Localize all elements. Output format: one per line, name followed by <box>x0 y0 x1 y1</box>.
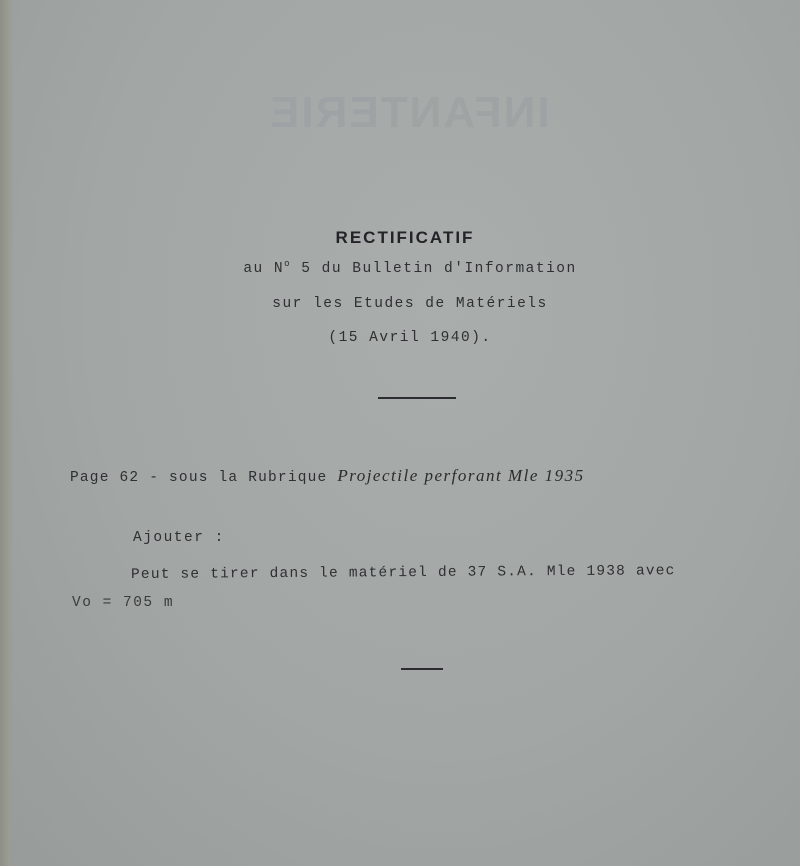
rubric-line: Page 62 - sous la Rubrique Projectile pe… <box>70 466 585 486</box>
rubric-title: Projectile perforant Mle 1935 <box>337 466 584 485</box>
instruction-label: Ajouter : <box>133 530 225 546</box>
show-through-text: INFANTERIE <box>268 88 550 138</box>
subtitle-line-1: au No 5 du Bulletin d'Information <box>0 261 800 277</box>
document-page: INFANTERIE RECTIFICATIF au No 5 du Bulle… <box>0 0 800 866</box>
document-title: RECTIFICATIF <box>0 228 800 248</box>
divider-rule <box>378 397 456 399</box>
page-edge <box>0 0 14 866</box>
body-line-2: Vo = 705 m <box>72 595 174 611</box>
subtitle-sup: o <box>284 259 291 269</box>
body-line-1: Peut se tirer dans le matériel de 37 S.A… <box>131 563 676 583</box>
subtitle-prefix: au N <box>243 261 284 277</box>
rubric-prefix: Page 62 - sous la Rubrique <box>70 470 337 486</box>
subtitle-date: (15 Avril 1940). <box>0 330 800 346</box>
subtitle-suffix: 5 du Bulletin d'Information <box>291 261 577 277</box>
subtitle-line-2: sur les Etudes de Matériels <box>0 296 800 312</box>
end-rule <box>401 668 443 670</box>
